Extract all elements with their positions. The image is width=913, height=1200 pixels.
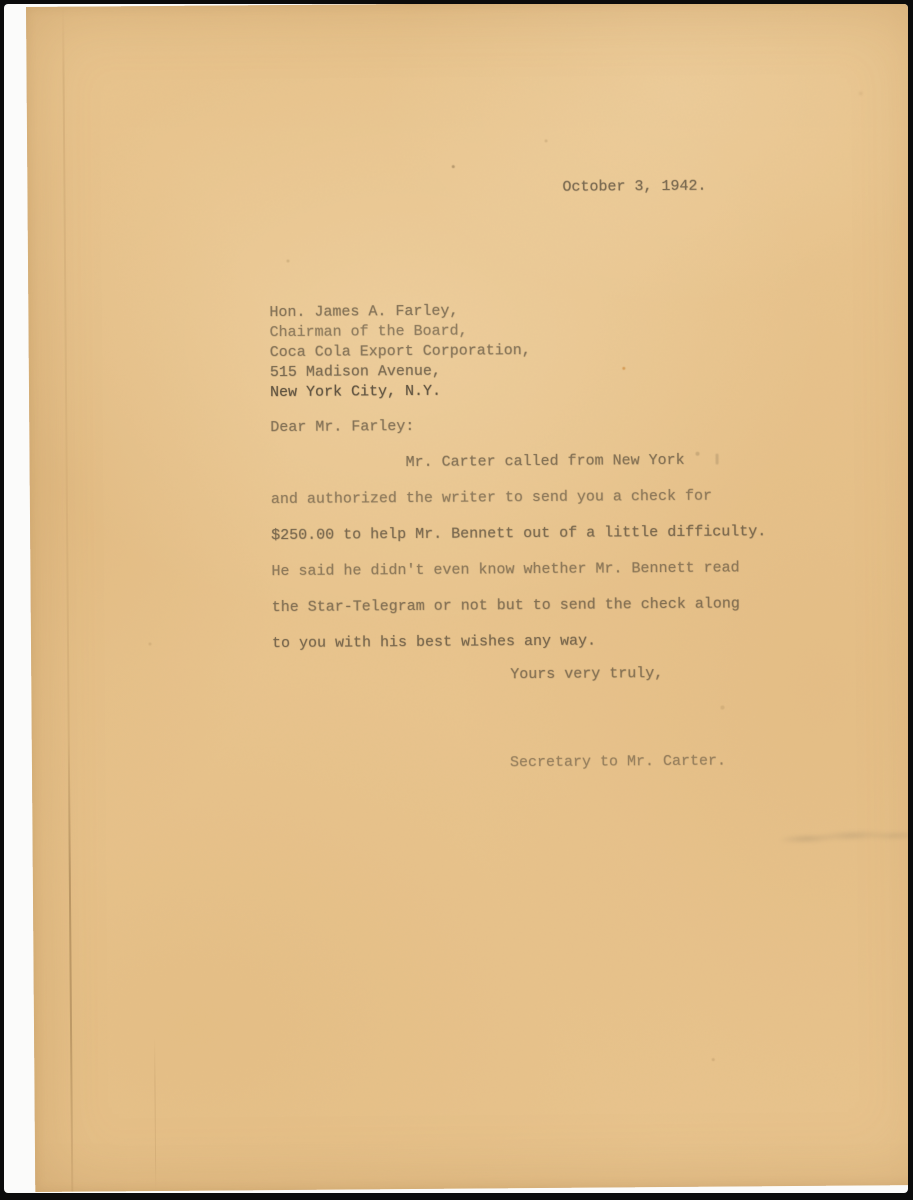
pencil-smudge: [780, 826, 908, 846]
salutation-line: Dear Mr. Farley:: [270, 418, 414, 437]
signature-line: Secretary to Mr. Carter.: [510, 753, 726, 773]
paper-speckles: [26, 7, 28, 9]
body-line: Mr. Carter called from New York: [406, 452, 685, 472]
date-line: October 3, 1942.: [562, 178, 706, 197]
body-line: and authorized the writer to send you a …: [271, 488, 712, 509]
stray-ink-mark: [716, 454, 719, 465]
recipient-line: Chairman of the Board,: [269, 323, 467, 343]
recipient-address-block: Hon. James A. Farley, Chairman of the Bo…: [26, 4, 908, 7]
recipient-line: New York City, N.Y.: [270, 383, 441, 402]
scan-background-mat: October 3, 1942. Hon. James A. Farley, C…: [4, 4, 908, 1193]
closing-line: Yours very truly,: [510, 665, 663, 684]
letter-page: October 3, 1942. Hon. James A. Farley, C…: [26, 4, 908, 1192]
body-line: He said he didn't even know whether Mr. …: [271, 559, 739, 581]
recipient-line: Coca Cola Export Corporation,: [270, 342, 531, 362]
body-line: to you with his best wishes any way.: [272, 633, 596, 654]
letter-body: Mr. Carter called from New York and auth…: [26, 4, 908, 7]
recipient-line: 515 Madison Avenue,: [270, 363, 441, 382]
recipient-line: Hon. James A. Farley,: [269, 303, 458, 322]
secondary-crease: [154, 1036, 156, 1191]
body-line: $250.00 to help Mr. Bennett out of a lit…: [271, 523, 766, 545]
body-line: the Star-Telegram or not but to send the…: [272, 595, 740, 617]
vertical-fold-crease: [62, 7, 73, 1192]
